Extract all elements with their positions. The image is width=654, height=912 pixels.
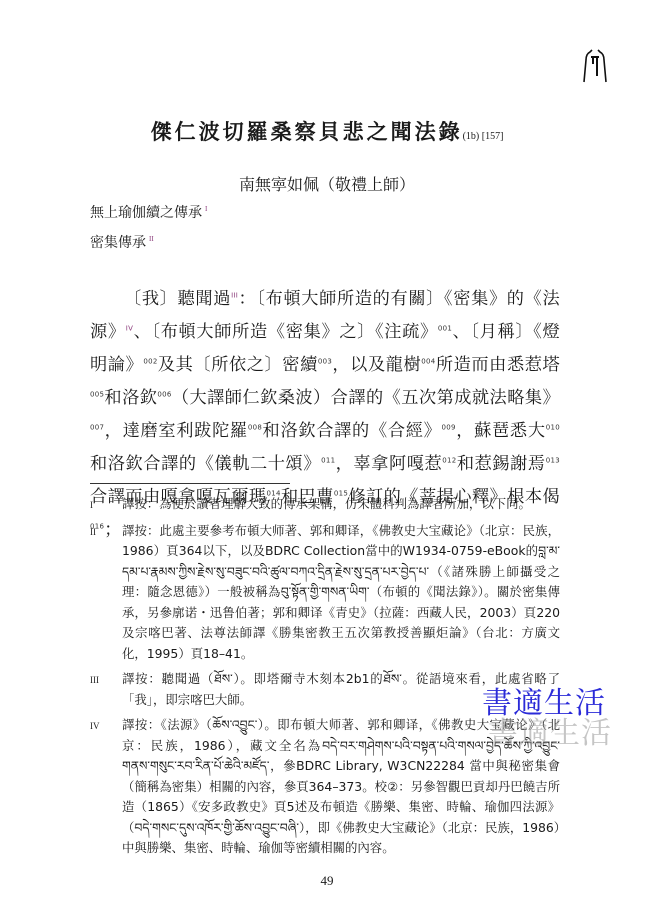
- endnote-ref[interactable]: 007: [90, 423, 104, 431]
- footnote-text: 譯按：為便於讀者理解大致的傳承架構，仿宋體科判為譯者所加，以下同。: [122, 494, 560, 516]
- endnote-ref[interactable]: 012: [442, 456, 456, 464]
- endnote-ref[interactable]: 011: [321, 456, 335, 464]
- footnote-item: II 譯按：此處主要參考布頓大师著、郭和卿译，《佛教史大宝藏论》（北京：民族，1…: [90, 521, 560, 665]
- footnote-ref[interactable]: II: [149, 235, 154, 243]
- endnote-ref[interactable]: 003: [318, 357, 332, 365]
- title-reference: (1b) [157]: [463, 131, 504, 142]
- homage-line: 南無寕如佩（敬禮上師）: [0, 172, 654, 195]
- endnote-ref[interactable]: 005: [90, 390, 104, 398]
- footnote-item: I 譯按：為便於讀者理解大致的傳承架構，仿宋體科判為譯者所加，以下同。: [90, 494, 560, 516]
- footnote-mark: I: [90, 494, 122, 516]
- endnote-ref[interactable]: 001: [438, 324, 452, 332]
- endnote-ref[interactable]: 004: [421, 357, 435, 365]
- page-number: 49: [0, 873, 654, 889]
- section-heading-guhyasamaja: 密集傳承II: [90, 232, 154, 252]
- heading-text: 密集傳承: [90, 235, 146, 251]
- endnote-ref[interactable]: 009: [442, 423, 456, 431]
- tibetan-ornament-icon: [580, 48, 610, 84]
- endnote-ref[interactable]: 010: [546, 423, 560, 431]
- section-heading-anuttara: 無上瑜伽續之傳承I: [90, 202, 207, 222]
- endnote-ref[interactable]: 008: [248, 423, 262, 431]
- watermark-secondary: 書適生活: [488, 708, 612, 752]
- footnote-ref[interactable]: I: [205, 205, 207, 213]
- footnote-divider: [90, 483, 290, 484]
- footnote-mark: IV: [90, 715, 122, 859]
- endnote-ref[interactable]: 006: [157, 390, 171, 398]
- footnote-mark: II: [90, 521, 122, 665]
- endnote-ref[interactable]: 002: [143, 357, 157, 365]
- endnote-ref[interactable]: 013: [546, 456, 560, 464]
- heading-text: 無上瑜伽續之傳承: [90, 205, 202, 221]
- footnote-text: 譯按：此處主要參考布頓大师著、郭和卿译，《佛教史大宝藏论》（北京：民族，1986…: [122, 521, 560, 665]
- footnote-mark: III: [90, 669, 122, 710]
- title-text: 傑仁波切羅桑察貝悲之聞法錄: [151, 119, 463, 144]
- page-title: 傑仁波切羅桑察貝悲之聞法錄(1b) [157]: [0, 116, 654, 146]
